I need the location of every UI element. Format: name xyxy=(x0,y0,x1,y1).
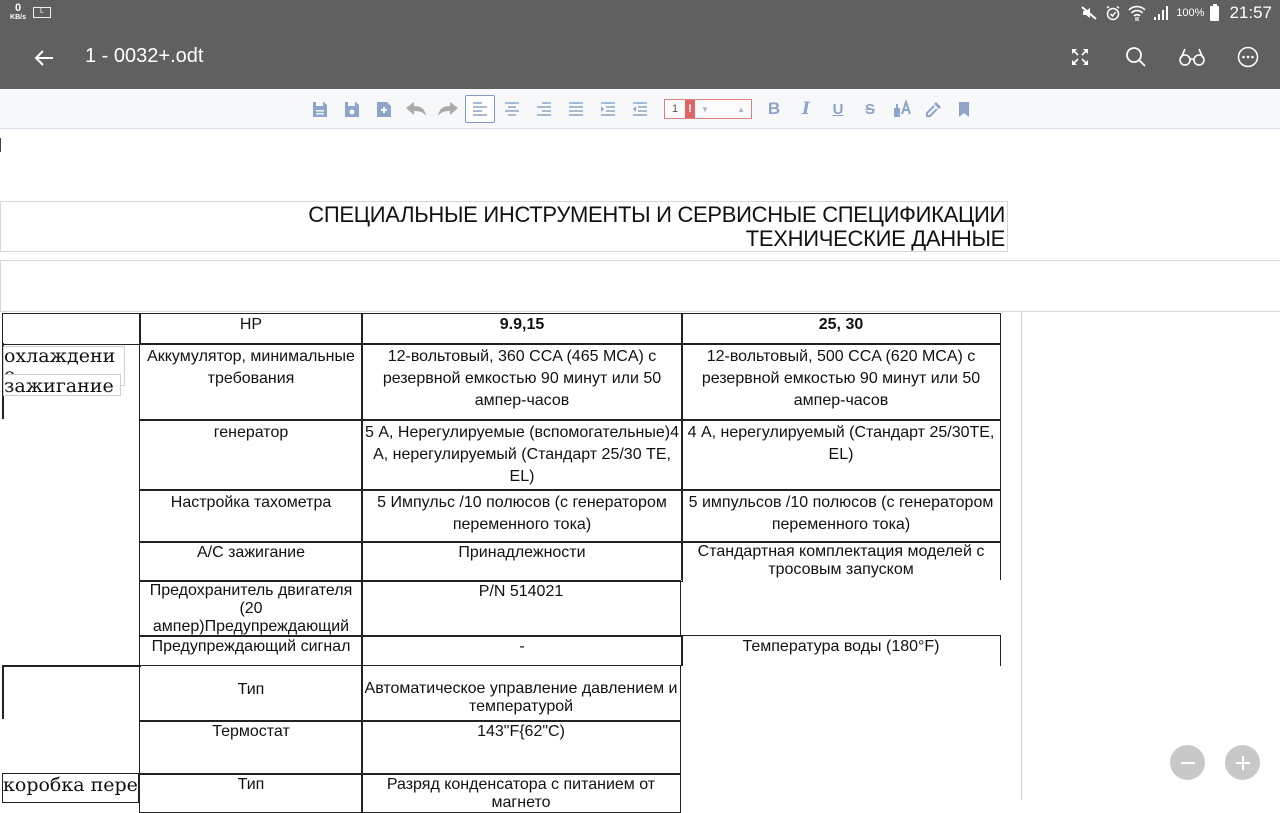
table-cell: 12-вольтовый, 500 CCA (620 MCA) с резерв… xyxy=(681,343,1001,421)
search-button[interactable] xyxy=(1120,40,1152,74)
redo-icon xyxy=(437,101,459,117)
status-bar: 0 KB/s L 100% 21:57 xyxy=(0,0,1280,26)
network-speed-value: 0 xyxy=(7,3,29,14)
network-speed-unit: KB/s xyxy=(7,14,29,21)
table-header-hp: HP xyxy=(139,313,363,345)
document-header: СПЕЦИАЛЬНЫЕ ИНСТРУМЕНТЫ И СЕРВИСНЫЕ СПЕЦ… xyxy=(0,201,1008,252)
strikethrough-icon: S xyxy=(865,101,875,118)
page-edge xyxy=(1021,312,1022,800)
status-icons: 100% 21:57 xyxy=(1080,3,1272,23)
font-size-value[interactable]: 1 xyxy=(665,103,685,115)
reading-mode-button[interactable] xyxy=(1176,40,1208,74)
table-header-col3: 25, 30 xyxy=(681,313,1001,345)
document-title: 1 - 0032+.odt xyxy=(85,45,203,68)
table-cell: - xyxy=(361,635,683,666)
header-line-2: ТЕХНИЧЕСКИЕ ДАННЫЕ xyxy=(746,226,1005,252)
new-document-button[interactable] xyxy=(369,95,399,123)
table-cell: 5 Импульс /10 полюсов (с генератором пер… xyxy=(361,489,683,543)
table-cell: Разряд конденсатора с питанием от магнет… xyxy=(361,773,681,800)
side-label-gearbox: коробка перед ач xyxy=(2,773,139,800)
align-left-button[interactable] xyxy=(465,95,495,123)
table-cell: 12-вольтовый, 360 CCA (465 MCA) с резерв… xyxy=(361,343,683,421)
clock: 21:57 xyxy=(1229,3,1272,23)
empty-paragraph-frame xyxy=(0,260,1280,312)
search-icon xyxy=(1125,46,1147,68)
battery-percent: 100% xyxy=(1176,7,1204,19)
table-cell: Стандартная комплектация моделей с тросо… xyxy=(681,541,1001,580)
undo-icon xyxy=(405,101,427,117)
signal-icon xyxy=(1152,4,1170,22)
font-size-stepper[interactable]: 1 ! ▼ ▲ xyxy=(664,99,752,119)
align-right-icon xyxy=(536,102,552,116)
table-cell: 143"F{62"C) xyxy=(361,720,681,775)
app-bar: 1 - 0032+.odt xyxy=(0,26,1280,89)
decrease-size-icon[interactable]: ▼ xyxy=(701,105,709,114)
table-cell: 4 А, нерегулируемый (Стандарт 25/30TE, E… xyxy=(681,419,1001,491)
table-row-label: Термостат xyxy=(139,720,363,775)
align-left-icon xyxy=(472,102,488,116)
expand-icon xyxy=(1071,48,1089,66)
side-label-ignition: зажигание xyxy=(3,374,121,396)
table-cell: Принадлежности xyxy=(361,541,683,582)
bold-icon: B xyxy=(768,99,780,119)
save-as-button[interactable] xyxy=(305,95,335,123)
warning-icon: ! xyxy=(685,100,695,118)
undo-button[interactable] xyxy=(401,95,431,123)
save-button[interactable] xyxy=(337,95,367,123)
justify-button[interactable] xyxy=(561,95,591,123)
header-line-1: СПЕЦИАЛЬНЫЕ ИНСТРУМЕНТЫ И СЕРВИСНЫЕ СПЕЦ… xyxy=(308,202,1005,228)
more-options-button[interactable] xyxy=(1232,40,1264,74)
alarm-icon xyxy=(1104,4,1122,22)
justify-icon xyxy=(568,102,584,116)
table-cell: P/N 514021 xyxy=(361,580,681,637)
table-row-label: Аккумулятор, минимальные требования xyxy=(139,343,363,421)
strikethrough-button[interactable]: S xyxy=(855,95,885,123)
align-center-button[interactable] xyxy=(497,95,527,123)
italic-button[interactable]: I xyxy=(791,95,821,123)
table-header-corner xyxy=(2,313,141,345)
eyedropper-icon xyxy=(925,100,943,118)
bookmark-button[interactable] xyxy=(949,95,979,123)
fullscreen-button[interactable] xyxy=(1064,40,1096,74)
increase-size-icon[interactable]: ▲ xyxy=(737,105,745,114)
text-color-button[interactable] xyxy=(887,95,917,123)
color-picker-button[interactable] xyxy=(919,95,949,123)
underline-button[interactable]: U xyxy=(823,95,853,123)
table-row-label: генератор xyxy=(139,419,363,491)
redo-button[interactable] xyxy=(433,95,463,123)
plus-icon xyxy=(1235,755,1251,771)
top-bar: 0 KB/s L 100% 21:57 1 - 0032+.odt xyxy=(0,0,1280,89)
bookmark-icon xyxy=(958,101,970,118)
outdent-icon xyxy=(632,102,648,116)
save-icon xyxy=(344,101,360,118)
table-row-label: Предупреждающий сигнал xyxy=(139,635,363,666)
table-cell: Автоматическое управление давлением и те… xyxy=(361,665,681,722)
arrow-left-icon xyxy=(34,49,54,67)
underline-icon: U xyxy=(833,101,844,118)
table-row-label: Тип xyxy=(139,773,363,800)
table-row-label: Настройка тахометра xyxy=(139,489,363,543)
network-speed: 0 KB/s xyxy=(7,3,29,21)
table-row-label: Предохранитель двигателя (20 ампер)Преду… xyxy=(139,580,363,637)
app-bar-actions xyxy=(1064,40,1264,74)
back-button[interactable] xyxy=(28,42,60,74)
zoom-out-button[interactable] xyxy=(1170,745,1205,780)
table-border xyxy=(2,665,141,667)
table-border xyxy=(2,665,4,719)
wifi-icon xyxy=(1128,4,1146,22)
italic-icon: I xyxy=(802,99,810,119)
align-right-button[interactable] xyxy=(529,95,559,123)
outdent-button[interactable] xyxy=(625,95,655,123)
glasses-icon xyxy=(1178,47,1206,67)
indent-button[interactable] xyxy=(593,95,623,123)
align-center-icon xyxy=(504,102,520,116)
table-header-col2: 9.9,15 xyxy=(361,313,683,345)
bold-button[interactable]: B xyxy=(759,95,789,123)
more-icon xyxy=(1237,46,1259,68)
battery-icon xyxy=(1210,6,1219,21)
zoom-in-button[interactable] xyxy=(1225,745,1260,780)
table-row-label: Тип xyxy=(139,665,363,722)
notification-icon: L xyxy=(33,7,51,18)
table-cell: 5 импульсов /10 полюсов (с генератором п… xyxy=(681,489,1001,543)
table-cell: 5 А, Нерегулируемые (вспомогательные)4 А… xyxy=(361,419,683,491)
table-cell: Температура воды (180°F) xyxy=(681,635,1001,666)
table-row-label: А/С зажигание xyxy=(139,541,363,582)
mute-icon xyxy=(1080,4,1098,22)
text-color-icon xyxy=(892,100,912,118)
text-cursor xyxy=(0,138,1,152)
save-as-icon xyxy=(312,101,328,118)
indent-icon xyxy=(600,102,616,116)
new-file-icon xyxy=(376,101,392,118)
minus-icon xyxy=(1180,755,1196,771)
